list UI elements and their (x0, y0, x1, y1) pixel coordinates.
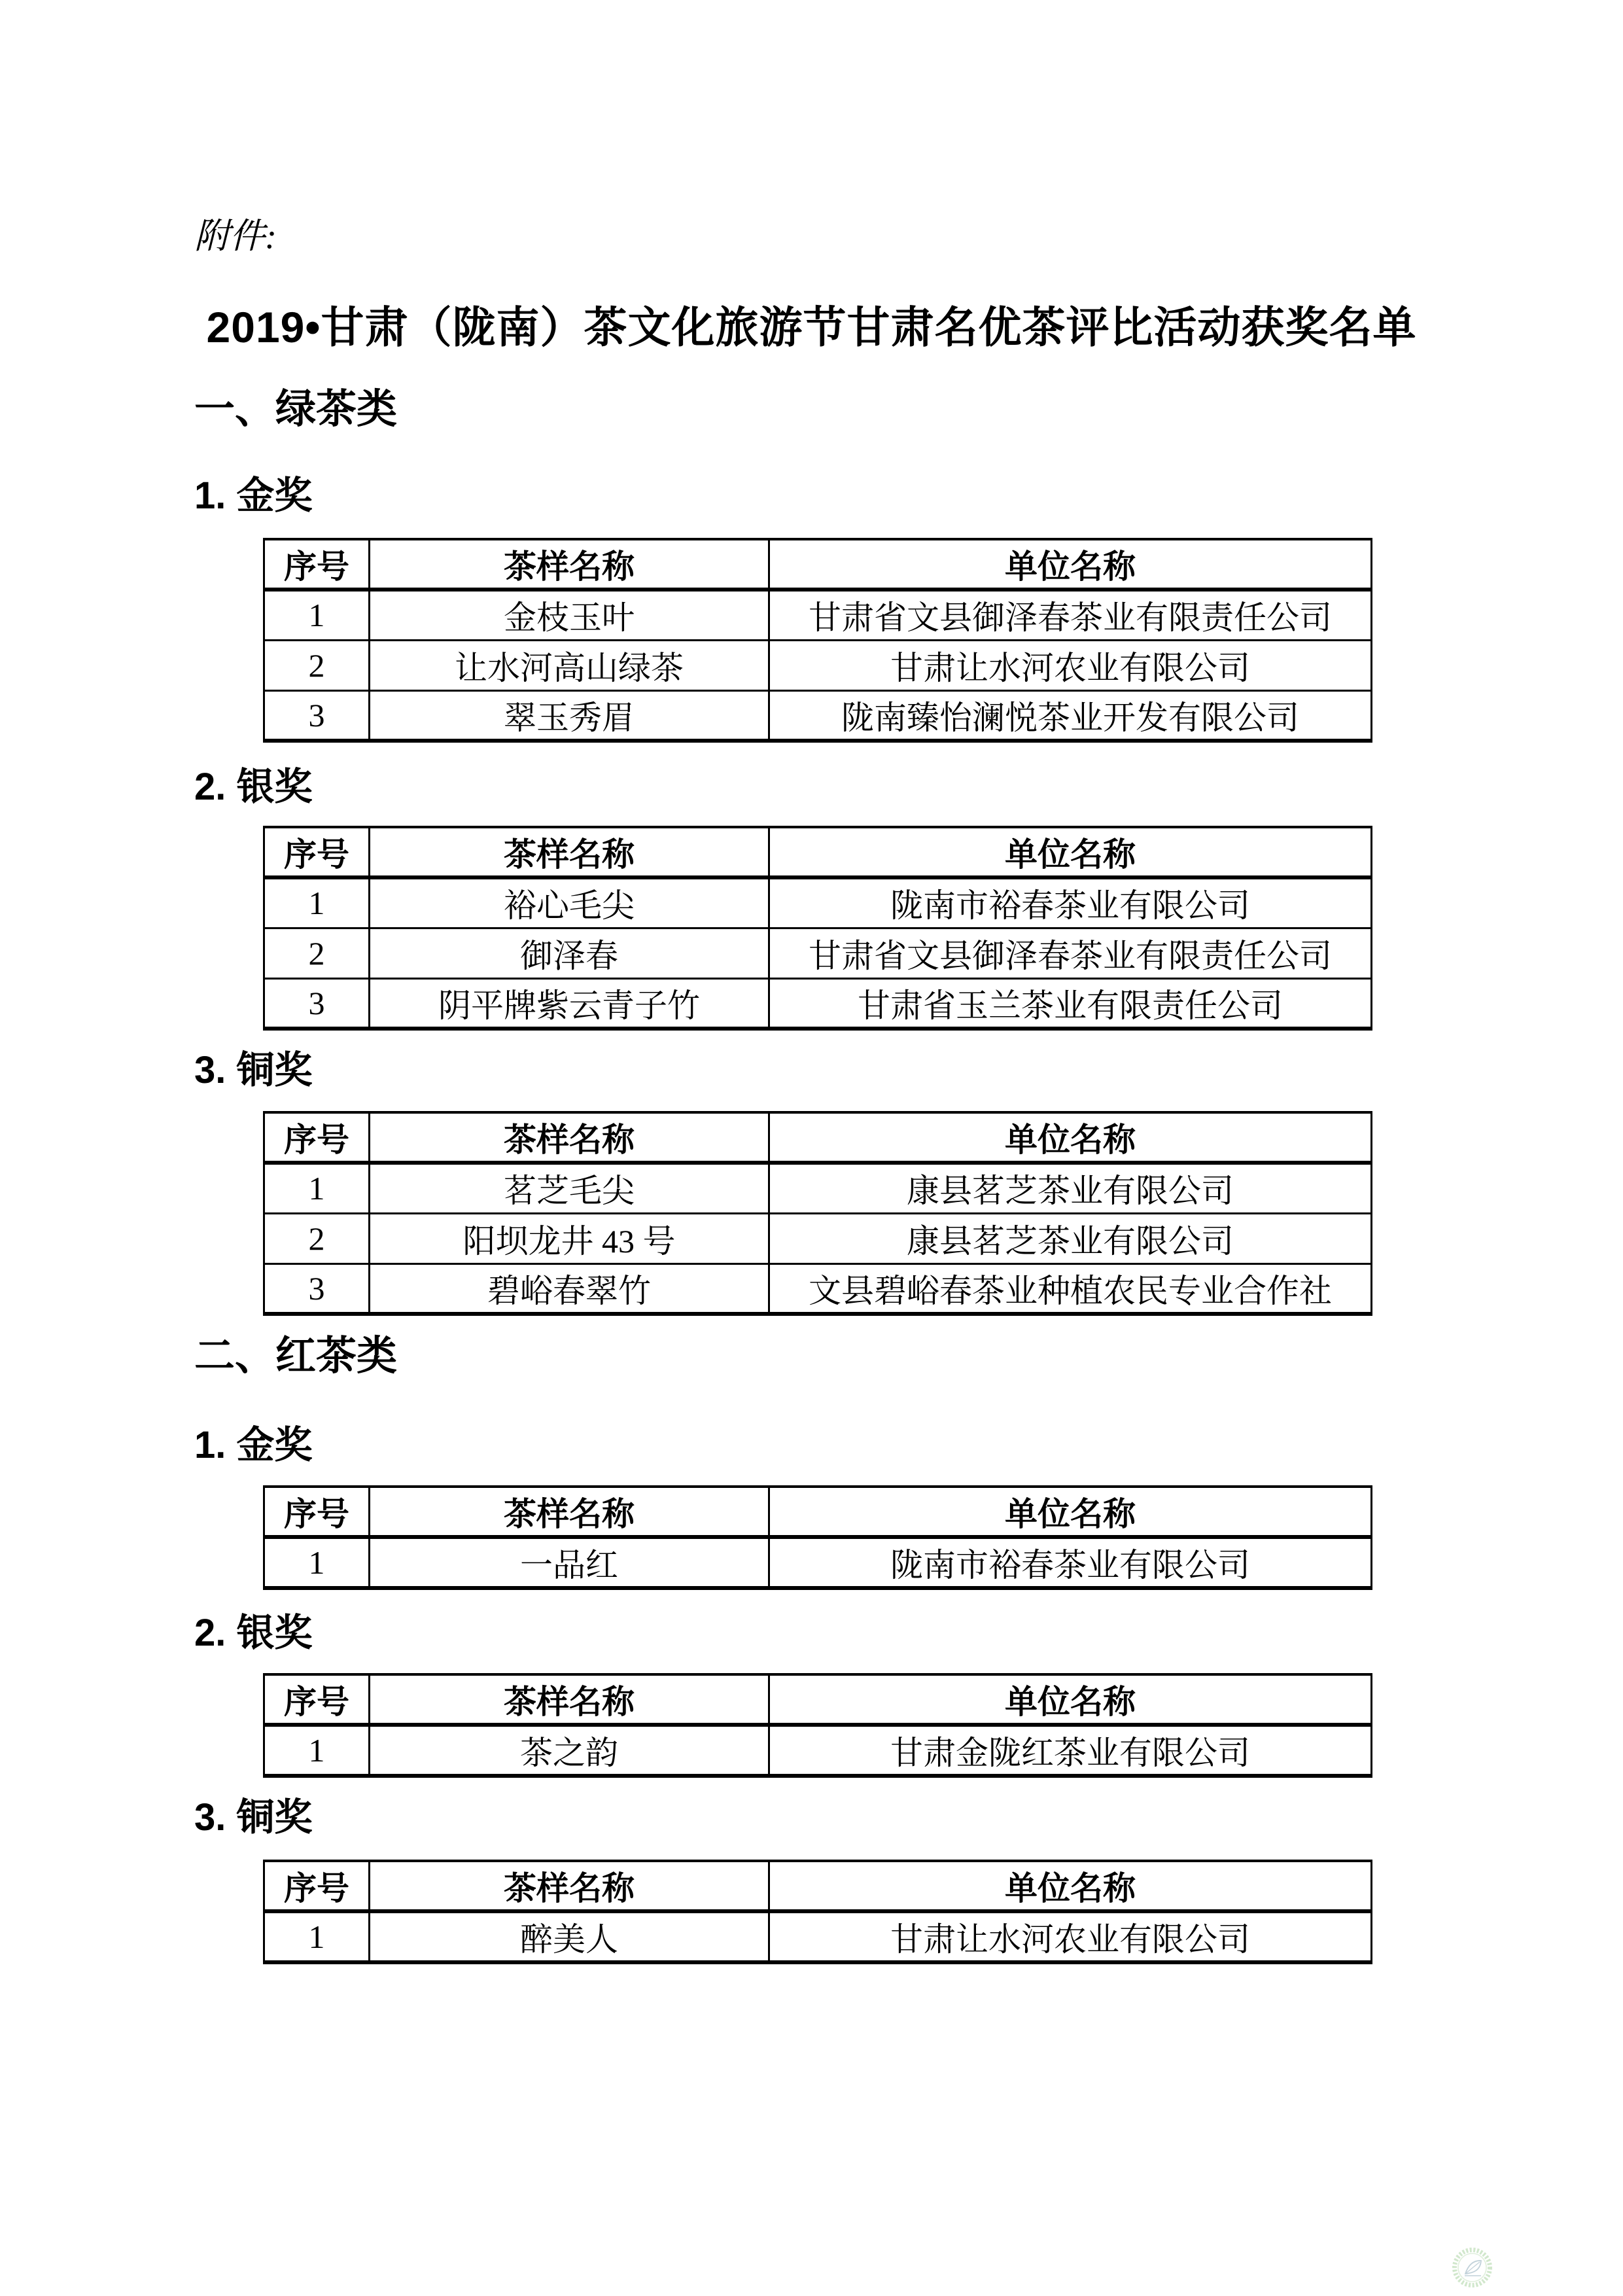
col-header-sn: 序号 (264, 827, 370, 877)
awards-table-black-gold: 序号 茶样名称 单位名称 1 一品红 陇南市裕春茶业有限公司 (263, 1485, 1372, 1590)
col-header-sn: 序号 (264, 1112, 370, 1163)
award-heading-green-gold: 1. 金奖 (194, 470, 313, 522)
col-header-tea: 茶样名称 (370, 1112, 769, 1163)
awards-table-green-bronze: 序号 茶样名称 单位名称 1 茗芝毛尖 康县茗芝茶业有限公司 2 阳坝龙井 43… (263, 1111, 1372, 1316)
cell-sn: 1 (264, 1163, 370, 1213)
col-header-tea: 茶样名称 (370, 539, 769, 590)
table-header-row: 序号 茶样名称 单位名称 (264, 1861, 1372, 1911)
cell-tea: 裕心毛尖 (370, 877, 769, 928)
cell-tea: 碧峪春翠竹 (370, 1263, 769, 1314)
cell-sn: 2 (264, 928, 370, 978)
col-header-tea: 茶样名称 (370, 827, 769, 877)
col-header-sn: 序号 (264, 1674, 370, 1725)
col-header-unit: 单位名称 (769, 1487, 1372, 1537)
cell-tea: 阳坝龙井 43 号 (370, 1213, 769, 1263)
table-row: 3 阴平牌紫云青子竹 甘肃省玉兰茶业有限责任公司 (264, 978, 1372, 1029)
cell-tea: 翠玉秀眉 (370, 690, 769, 741)
table-row: 3 翠玉秀眉 陇南臻怡澜悦茶业开发有限公司 (264, 690, 1372, 741)
col-header-unit: 单位名称 (769, 1861, 1372, 1911)
cell-sn: 2 (264, 1213, 370, 1263)
cell-unit: 文县碧峪春茶业种植农民专业合作社 (769, 1263, 1372, 1314)
cell-unit: 甘肃金陇红茶业有限公司 (769, 1725, 1372, 1776)
table-row: 1 茶之韵 甘肃金陇红茶业有限公司 (264, 1725, 1372, 1776)
cell-sn: 1 (264, 1911, 370, 1962)
cell-tea: 金枝玉叶 (370, 590, 769, 640)
cell-tea: 醉美人 (370, 1911, 769, 1962)
cell-unit: 陇南市裕春茶业有限公司 (769, 877, 1372, 928)
cell-unit: 甘肃让水河农业有限公司 (769, 640, 1372, 690)
awards-table-black-bronze: 序号 茶样名称 单位名称 1 醉美人 甘肃让水河农业有限公司 (263, 1860, 1372, 1964)
award-heading-green-bronze: 3. 铜奖 (194, 1044, 313, 1097)
award-heading-black-gold: 1. 金奖 (194, 1419, 313, 1472)
page-title: 2019•甘肃（陇南）茶文化旅游节甘肃名优茶评比活动获奖名单 (0, 296, 1623, 359)
table-header-row: 序号 茶样名称 单位名称 (264, 1112, 1372, 1163)
cell-unit: 陇南市裕春茶业有限公司 (769, 1537, 1372, 1588)
col-header-unit: 单位名称 (769, 539, 1372, 590)
document-page: 附件: 2019•甘肃（陇南）茶文化旅游节甘肃名优茶评比活动获奖名单 一、绿茶类… (0, 0, 1623, 2296)
cell-unit: 甘肃省文县御泽春茶业有限责任公司 (769, 928, 1372, 978)
cell-unit: 甘肃让水河农业有限公司 (769, 1911, 1372, 1962)
cell-tea: 阴平牌紫云青子竹 (370, 978, 769, 1029)
table-header-row: 序号 茶样名称 单位名称 (264, 827, 1372, 877)
attachment-label: 附件: (194, 213, 277, 260)
award-heading-black-silver: 2. 银奖 (194, 1607, 313, 1659)
cell-unit: 陇南臻怡澜悦茶业开发有限公司 (769, 690, 1372, 741)
cell-tea: 茶之韵 (370, 1725, 769, 1776)
section-heading-black-tea: 二、红茶类 (194, 1329, 397, 1384)
cell-sn: 2 (264, 640, 370, 690)
awards-table-black-silver: 序号 茶样名称 单位名称 1 茶之韵 甘肃金陇红茶业有限公司 (263, 1673, 1372, 1778)
table-row: 1 醉美人 甘肃让水河农业有限公司 (264, 1911, 1372, 1962)
table-row: 1 金枝玉叶 甘肃省文县御泽春茶业有限责任公司 (264, 590, 1372, 640)
cell-tea: 御泽春 (370, 928, 769, 978)
col-header-sn: 序号 (264, 1861, 370, 1911)
table-row: 1 一品红 陇南市裕春茶业有限公司 (264, 1537, 1372, 1588)
table-row: 3 碧峪春翠竹 文县碧峪春茶业种植农民专业合作社 (264, 1263, 1372, 1314)
cell-tea: 茗芝毛尖 (370, 1163, 769, 1213)
leaf-badge-icon (1452, 2247, 1493, 2288)
cell-sn: 1 (264, 590, 370, 640)
table-row: 1 裕心毛尖 陇南市裕春茶业有限公司 (264, 877, 1372, 928)
awards-table-green-silver: 序号 茶样名称 单位名称 1 裕心毛尖 陇南市裕春茶业有限公司 2 御泽春 甘肃… (263, 826, 1372, 1031)
table-row: 2 御泽春 甘肃省文县御泽春茶业有限责任公司 (264, 928, 1372, 978)
col-header-sn: 序号 (264, 539, 370, 590)
cell-sn: 1 (264, 877, 370, 928)
cell-tea: 一品红 (370, 1537, 769, 1588)
cell-unit: 甘肃省玉兰茶业有限责任公司 (769, 978, 1372, 1029)
table-row: 2 阳坝龙井 43 号 康县茗芝茶业有限公司 (264, 1213, 1372, 1263)
col-header-tea: 茶样名称 (370, 1861, 769, 1911)
cell-unit: 康县茗芝茶业有限公司 (769, 1213, 1372, 1263)
cell-unit: 康县茗芝茶业有限公司 (769, 1163, 1372, 1213)
award-heading-black-bronze: 3. 铜奖 (194, 1792, 313, 1844)
table-row: 2 让水河高山绿茶 甘肃让水河农业有限公司 (264, 640, 1372, 690)
col-header-tea: 茶样名称 (370, 1674, 769, 1725)
cell-sn: 3 (264, 978, 370, 1029)
table-header-row: 序号 茶样名称 单位名称 (264, 1674, 1372, 1725)
col-header-tea: 茶样名称 (370, 1487, 769, 1537)
col-header-unit: 单位名称 (769, 827, 1372, 877)
cell-sn: 3 (264, 1263, 370, 1314)
table-row: 1 茗芝毛尖 康县茗芝茶业有限公司 (264, 1163, 1372, 1213)
cell-sn: 1 (264, 1537, 370, 1588)
section-heading-green-tea: 一、绿茶类 (194, 382, 397, 437)
col-header-unit: 单位名称 (769, 1674, 1372, 1725)
cell-sn: 3 (264, 690, 370, 741)
awards-table-green-gold: 序号 茶样名称 单位名称 1 金枝玉叶 甘肃省文县御泽春茶业有限责任公司 2 让… (263, 538, 1372, 743)
table-header-row: 序号 茶样名称 单位名称 (264, 1487, 1372, 1537)
table-header-row: 序号 茶样名称 单位名称 (264, 539, 1372, 590)
award-heading-green-silver: 2. 银奖 (194, 761, 313, 813)
col-header-unit: 单位名称 (769, 1112, 1372, 1163)
cell-unit: 甘肃省文县御泽春茶业有限责任公司 (769, 590, 1372, 640)
cell-sn: 1 (264, 1725, 370, 1776)
cell-tea: 让水河高山绿茶 (370, 640, 769, 690)
col-header-sn: 序号 (264, 1487, 370, 1537)
